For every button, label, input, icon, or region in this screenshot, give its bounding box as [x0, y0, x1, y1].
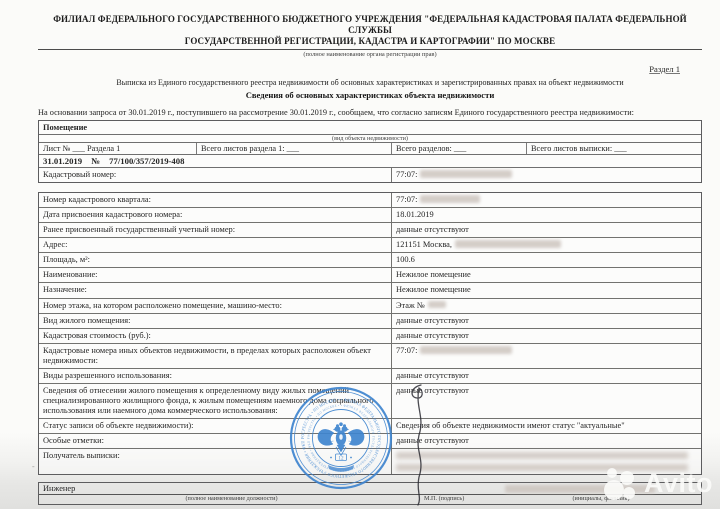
table-row: Номер этажа, на котором расположено поме… — [39, 299, 701, 314]
value-text: 121151 Москва, — [396, 240, 452, 250]
row-value: Нежилое помещение — [391, 268, 701, 282]
avito-watermark: Avito — [606, 466, 713, 500]
row-value: 77:07: — [391, 344, 701, 368]
row-value: данные отсутствуют — [391, 329, 701, 343]
cadastral-number-label: Кадастровый номер: — [39, 168, 391, 182]
value-text: Этаж № — [396, 301, 425, 311]
redaction-blur — [455, 240, 561, 248]
org-caption: (полное наименование органа регистрации … — [38, 51, 702, 58]
redaction-blur — [396, 452, 688, 459]
row-value: данные отсутствуют — [391, 314, 701, 328]
row-value: Нежилое помещение — [391, 283, 701, 297]
basis-line: На основании запроса от 30.01.2019 г., п… — [38, 108, 702, 117]
object-type-row: Помещение — [39, 121, 701, 135]
position-caption: (полное наименование должности) — [39, 495, 424, 504]
row-label: Кадастровые номера иных объектов недвижи… — [39, 344, 391, 368]
row-value: Сведения об объекте недвижимости имеют с… — [391, 419, 701, 433]
avito-logo-icon — [606, 466, 639, 500]
value-text: данные отсутствуют — [396, 386, 469, 396]
table-row: Площадь, м²:100.6 — [39, 253, 701, 268]
row-label: Наименование: — [39, 268, 391, 282]
value-text: данные отсутствуют — [396, 331, 469, 341]
table-row: Ранее присвоенный государственный учетны… — [39, 223, 701, 238]
row-label: Адрес: — [39, 238, 391, 252]
scan-artifact: - — [32, 462, 35, 471]
row-value: 18.01.2019 — [391, 208, 701, 222]
object-type-caption: (вид объекта недвижимости) — [332, 135, 408, 142]
doc-title: Выписка из Единого государственного реес… — [38, 78, 702, 87]
object-type-caption-row: (вид объекта недвижимости) — [39, 135, 701, 143]
row-value: данные отсутствуют — [391, 384, 701, 418]
double-headed-eagle-icon — [318, 423, 364, 456]
cadastral-number-value: 77:07: — [391, 168, 701, 182]
value-text: 100.6 — [396, 255, 415, 265]
value-text: данные отсутствуют — [396, 316, 469, 326]
object-summary-table: Помещение (вид объекта недвижимости) Лис… — [38, 120, 702, 183]
sign-caption-text: (подпись) — [439, 495, 465, 502]
date-number-row: 31.01.2019 № 77/100/357/2019-408 — [39, 155, 701, 168]
value-text: данные отсутствуют — [396, 225, 469, 235]
header-rule — [38, 49, 702, 50]
redaction-blur — [420, 346, 512, 354]
value-text: 77:07: — [396, 195, 417, 205]
row-value: 121151 Москва, — [391, 238, 701, 252]
sheet-cell: Всего листов выписки: ___ — [526, 143, 701, 154]
doc-subtitle: Сведения об основных характеристиках объ… — [38, 90, 702, 100]
row-label: Площадь, м²: — [39, 253, 391, 267]
seal-mark: М.П. — [424, 495, 437, 502]
row-value: данные отсутствуют — [391, 223, 701, 237]
stamp-number-box: 12 — [328, 454, 354, 472]
value-text: 77:07: — [396, 346, 417, 356]
value-text: данные отсутствуют — [396, 436, 469, 446]
signature-captions-row: (полное наименование должности) М.П. (по… — [39, 495, 701, 504]
row-value: данные отсутствуют — [391, 369, 701, 383]
row-label: Номер этажа, на котором расположено поме… — [39, 299, 391, 313]
org-name-line1: ФИЛИАЛ ФЕДЕРАЛЬНОГО ГОСУДАРСТВЕННОГО БЮД… — [38, 14, 702, 36]
row-label: Дата присвоения кадастрового номера: — [39, 208, 391, 222]
document-photo: ФИЛИАЛ ФЕДЕРАЛЬНОГО ГОСУДАРСТВЕННОГО БЮД… — [0, 0, 720, 509]
cadastral-number-row: Кадастровый номер: 77:07: — [39, 168, 701, 182]
table-row: Кадастровая стоимость (руб.):данные отсу… — [39, 329, 701, 344]
redaction-blur — [420, 170, 512, 178]
value-text: данные отсутствуют — [396, 371, 469, 381]
date-number: 31.01.2019 № 77/100/357/2019-408 — [43, 156, 184, 166]
table-row: Виды разрешенного использования:данные о… — [39, 369, 701, 384]
table-row: Назначение:Нежилое помещение — [39, 283, 701, 298]
signature-space — [424, 483, 501, 494]
row-value: Этаж № — [391, 299, 701, 313]
sheet-cell: Лист № ___ Раздела 1 — [39, 143, 196, 154]
cadastral-number-prefix: 77:07: — [396, 170, 417, 180]
table-row: Наименование:Нежилое помещение — [39, 268, 701, 283]
stamp-number: 12 — [338, 455, 344, 461]
value-text: Нежилое помещение — [396, 285, 471, 295]
value-text: Сведения об объекте недвижимости имеют с… — [396, 421, 625, 431]
row-label: Ранее присвоенный государственный учетны… — [39, 223, 391, 237]
row-label: Назначение: — [39, 283, 391, 297]
official-stamp-seal: • ФИЛИАЛ ФЕДЕРАЛЬНОГО ГОСУДАРСТВЕННОГО Б… — [289, 386, 393, 490]
object-type: Помещение — [43, 123, 87, 132]
row-label: Вид жилого помещения: — [39, 314, 391, 328]
sheet-info-row: Лист № ___ Раздела 1Всего листов раздела… — [39, 143, 701, 155]
section-label: Раздел 1 — [38, 64, 702, 74]
sheet-cell: Всего разделов: ___ — [391, 143, 526, 154]
redaction-blur — [420, 195, 480, 203]
sheet-cell: Всего листов раздела 1: ___ — [196, 143, 391, 154]
row-value: 77:07: — [391, 193, 701, 207]
org-name-line2: ГОСУДАРСТВЕННОЙ РЕГИСТРАЦИИ, КАДАСТРА И … — [38, 36, 702, 47]
org-header: ФИЛИАЛ ФЕДЕРАЛЬНОГО ГОСУДАРСТВЕННОГО БЮД… — [38, 14, 702, 47]
row-label: Номер кадастрового квартала: — [39, 193, 391, 207]
avito-wordmark: Avito — [644, 468, 713, 499]
row-value: 100.6 — [391, 253, 701, 267]
value-text: 18.01.2019 — [396, 210, 434, 220]
sign-caption: М.П. (подпись) — [424, 495, 501, 504]
table-row: Номер кадастрового квартала:77:07: — [39, 193, 701, 208]
table-row: Дата присвоения кадастрового номера:18.0… — [39, 208, 701, 223]
redaction-blur — [428, 301, 446, 308]
table-row: Вид жилого помещения:данные отсутствуют — [39, 314, 701, 329]
row-value: данные отсутствуют — [391, 434, 701, 448]
table-row: Кадастровые номера иных объектов недвижи… — [39, 344, 701, 369]
row-label: Кадастровая стоимость (руб.): — [39, 329, 391, 343]
row-label: Виды разрешенного использования: — [39, 369, 391, 383]
value-text: Нежилое помещение — [396, 270, 471, 280]
table-row: Адрес:121151 Москва, — [39, 238, 701, 253]
